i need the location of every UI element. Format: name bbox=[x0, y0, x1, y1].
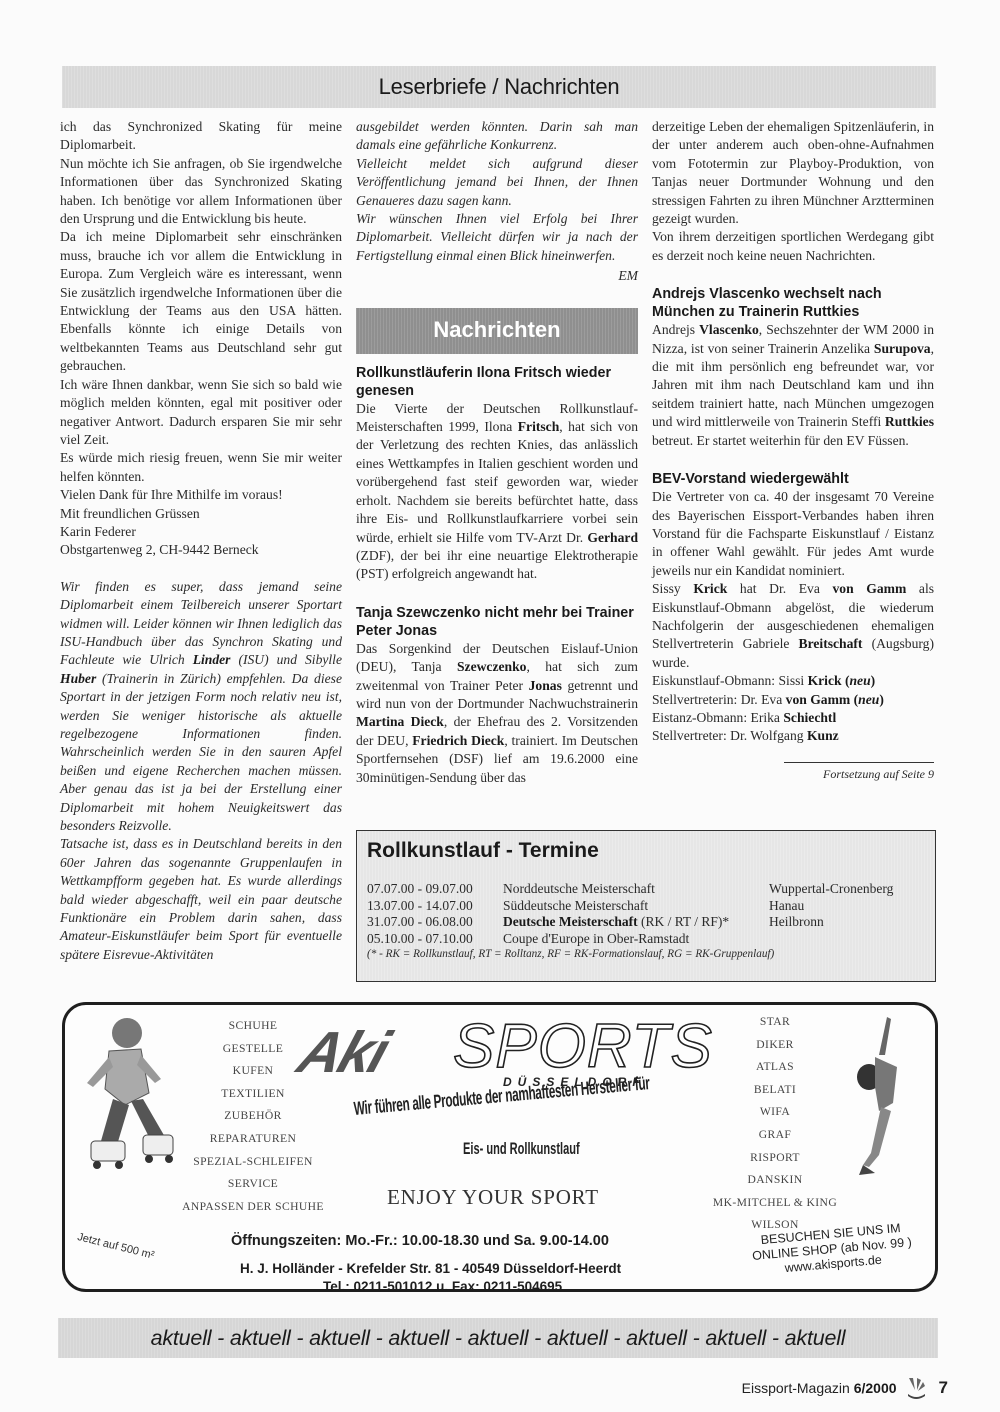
continued-on-page-link[interactable]: Fortsetzung auf Seite 9 bbox=[652, 765, 934, 783]
column-2: ausgebildet werden könnten. Darin sah ma… bbox=[356, 118, 638, 787]
letter-paragraph: Da ich meine Diplomarbeit sehr einschrän… bbox=[60, 228, 342, 375]
events-title: Rollkunstlauf - Termine bbox=[367, 839, 925, 863]
article-szewczenko: Tanja Szewczenko nicht mehr bei Trainer … bbox=[356, 604, 638, 787]
brand-item: DIKER bbox=[700, 1034, 850, 1057]
reply-paragraph: ausgebildet werden könnten. Darin sah ma… bbox=[356, 118, 638, 155]
store-address: H. J. Holländer - Krefelder Str. 81 - 40… bbox=[240, 1261, 621, 1276]
article-headline: BEV-Vorstand wiedergewählt bbox=[652, 470, 934, 488]
brand-item: WIFA bbox=[700, 1101, 850, 1124]
page-number: 7 bbox=[939, 1378, 948, 1398]
event-row: 07.07.00 - 09.07.00 Norddeutsche Meister… bbox=[367, 881, 925, 898]
section-header: Leserbriefe / Nachrichten bbox=[62, 66, 936, 108]
letter-author: Karin Federer bbox=[60, 523, 342, 541]
column-1: ich das Synchronized Skating für meine D… bbox=[60, 118, 342, 964]
letter-paragraph: Ich wäre Ihnen dankbar, wenn Sie sich so… bbox=[60, 376, 342, 450]
letter-closing: Mit freundlichen Grüssen bbox=[60, 505, 342, 523]
article-bev: BEV-Vorstand wiedergewählt Die Vertreter… bbox=[652, 470, 934, 783]
board-role: Stellvertreter: Dr. Wolfgang Kunz bbox=[652, 727, 934, 745]
letter-address: Obstgartenweg 2, CH-9442 Berneck bbox=[60, 541, 342, 559]
service-item: ANPASSEN DER SCHUHE bbox=[163, 1196, 343, 1219]
letter-paragraph: Es würde mich riesig freuen, wenn Sie mi… bbox=[60, 449, 342, 486]
editor-reply: Wir finden es super, dass jemand seine D… bbox=[60, 578, 342, 965]
brand-item: DANSKIN bbox=[700, 1169, 850, 1192]
magazine-name: Eissport-Magazin 6/2000 bbox=[742, 1380, 897, 1396]
aktuell-banner: aktuell - aktuell - aktuell - aktuell - … bbox=[58, 1318, 938, 1358]
name-huber: Huber bbox=[60, 671, 96, 686]
reply-paragraph: Vielleicht meldet sich aufgrund dieser V… bbox=[356, 155, 638, 210]
page-footer: Eissport-Magazin 6/2000 7 bbox=[742, 1376, 948, 1400]
column-3: derzeitige Leben der ehemaligen Spitzenl… bbox=[652, 118, 934, 783]
letter-paragraph: Vielen Dank für Ihre Mithilfe im voraus! bbox=[60, 486, 342, 504]
letter-paragraph: Nun möchte ich Sie anfragen, ob Sie irge… bbox=[60, 155, 342, 229]
event-name: Coupe d'Europe in Ober-Ramstadt bbox=[503, 931, 689, 948]
event-location: Wuppertal-Cronenberg bbox=[769, 881, 925, 898]
aki-sports-advertisement[interactable]: SCHUHE GESTELLE KUFEN TEXTILIEN ZUBEHÖR … bbox=[62, 1002, 938, 1292]
event-dates: 13.07.00 - 14.07.00 bbox=[367, 898, 503, 915]
store-phone: Tel.: 0211-501012 u. Fax: 0211-504695 bbox=[323, 1279, 562, 1292]
article-body: Sissy Krick hat Dr. Eva von Gamm als Eis… bbox=[652, 580, 934, 672]
article-body: Von ihrem derzeitigen sportlichen Werdeg… bbox=[652, 228, 934, 265]
article-body: Andrejs Vlascenko, Sechszehnter der WM 2… bbox=[652, 321, 934, 450]
editor-reply-continued: ausgebildet werden könnten. Darin sah ma… bbox=[356, 118, 638, 286]
events-footnote: (* - RK = Rollkunstlauf, RT = Rolltanz, … bbox=[367, 947, 925, 962]
service-item: SPEZIAL-SCHLEIFEN bbox=[163, 1151, 343, 1174]
letter-paragraph: ich das Synchronized Skating für meine D… bbox=[60, 118, 342, 155]
news-banner: Nachrichten bbox=[356, 308, 638, 354]
magazine-logo-icon bbox=[905, 1376, 927, 1400]
event-name: Norddeutsche Meisterschaft bbox=[503, 881, 769, 898]
service-item: REPARATUREN bbox=[163, 1128, 343, 1151]
event-row: 31.07.00 - 06.08.00 Deutsche Meisterscha… bbox=[367, 914, 925, 931]
ice-skater-icon bbox=[835, 1015, 915, 1185]
article-headline: Tanja Szewczenko nicht mehr bei Trainer … bbox=[356, 604, 638, 640]
divider bbox=[784, 762, 934, 763]
brand-item: STAR bbox=[700, 1011, 850, 1034]
service-item: ZUBEHÖR bbox=[163, 1105, 343, 1128]
name-linder: Linder bbox=[193, 652, 231, 667]
article-body: Das Sorgenkind der Deutschen Eislauf-Uni… bbox=[356, 640, 638, 787]
event-dates: 31.07.00 - 06.08.00 bbox=[367, 914, 503, 931]
ad-tagline: ENJOY YOUR SPORT bbox=[387, 1185, 599, 1210]
reply-paragraph: Tatsache ist, dass es in Deutschland ber… bbox=[60, 835, 342, 964]
event-name: Süddeutsche Meisterschaft bbox=[503, 898, 769, 915]
brand-item: ATLAS bbox=[700, 1056, 850, 1079]
service-item: SERVICE bbox=[163, 1173, 343, 1196]
store-size-note: Jetzt auf 500 m² bbox=[76, 1231, 155, 1262]
board-role: Stellvertreterin: Dr. Eva von Gamm (neu) bbox=[652, 691, 934, 709]
reply-signature: EM bbox=[356, 267, 638, 285]
article-body: Die Vierte der Deutschen Rollkunstlauf-M… bbox=[356, 400, 638, 584]
article-headline: Andrejs Vlascenko wechselt nach München … bbox=[652, 285, 934, 321]
event-location: Hanau bbox=[769, 898, 925, 915]
event-name: Deutsche Meisterschaft (RK / RT / RF)* bbox=[503, 914, 769, 931]
article-headline: Rollkunstläuferin Ilona Fritsch wieder g… bbox=[356, 364, 638, 400]
brand-item: GRAF bbox=[700, 1124, 850, 1147]
article-body-continued: derzeitige Leben der ehemaligen Spitzenl… bbox=[652, 118, 934, 228]
aktuell-text: aktuell - aktuell - aktuell - aktuell - … bbox=[151, 1326, 846, 1351]
article-body: Die Vertreter von ca. 40 der insgesamt 7… bbox=[652, 488, 934, 580]
reply-paragraph: Wir finden es super, dass jemand seine D… bbox=[60, 578, 342, 836]
ad-slogan-line2: Eis- und Rollkunstlauf bbox=[463, 1139, 580, 1159]
article-vlascenko: Andrejs Vlascenko wechselt nach München … bbox=[652, 285, 934, 450]
brand-item: RISPORT bbox=[700, 1147, 850, 1170]
event-location: Heilbronn bbox=[769, 914, 925, 931]
news-banner-title: Nachrichten bbox=[433, 321, 560, 339]
board-role: Eistanz-Obmann: Erika Schiechtl bbox=[652, 709, 934, 727]
event-dates: 05.10.00 - 07.10.00 bbox=[367, 931, 503, 948]
section-title: Leserbriefe / Nachrichten bbox=[379, 74, 620, 100]
board-role: Eiskunstlauf-Obmann: Sissi Krick (neu) bbox=[652, 672, 934, 690]
event-row: 13.07.00 - 14.07.00 Süddeutsche Meisters… bbox=[367, 898, 925, 915]
brands-list: STAR DIKER ATLAS BELATI WIFA GRAF RISPOR… bbox=[700, 1011, 850, 1237]
article-fritsch: Rollkunstläuferin Ilona Fritsch wieder g… bbox=[356, 364, 638, 584]
brand-item: MK-MITCHEL & KING bbox=[700, 1192, 850, 1215]
reply-paragraph: Wir wünschen Ihnen viel Erfolg bei Ihrer… bbox=[356, 210, 638, 265]
brand-item: BELATI bbox=[700, 1079, 850, 1102]
reader-letter: ich das Synchronized Skating für meine D… bbox=[60, 118, 342, 560]
events-box: Rollkunstlauf - Termine 07.07.00 - 09.07… bbox=[356, 830, 936, 982]
event-dates: 07.07.00 - 09.07.00 bbox=[367, 881, 503, 898]
opening-hours: Öffnungszeiten: Mo.-Fr.: 10.00-18.30 und… bbox=[231, 1233, 609, 1249]
event-row: 05.10.00 - 07.10.00 Coupe d'Europe in Ob… bbox=[367, 931, 925, 948]
